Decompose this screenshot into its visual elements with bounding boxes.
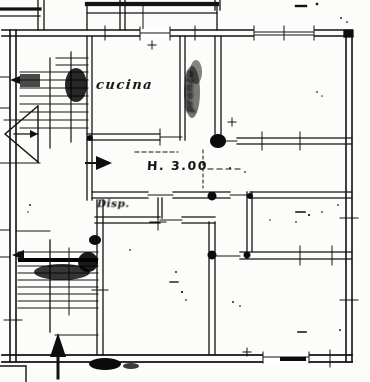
room-label-dining-vertical: pranzo <box>176 58 202 124</box>
stairs-up-arrow <box>50 333 66 378</box>
floor-plan-scan: cucina pranzo Disp. H. 3.00 <box>0 0 370 382</box>
room-label-kitchen: cucina <box>95 79 153 92</box>
right-arrow <box>86 156 112 170</box>
room-label-storage: Disp. <box>97 199 130 210</box>
ceiling-height-note: H. 3.00 <box>147 160 209 173</box>
staircase-lower <box>12 235 101 335</box>
ink-blobs <box>87 60 253 370</box>
terrace-top <box>0 0 306 30</box>
